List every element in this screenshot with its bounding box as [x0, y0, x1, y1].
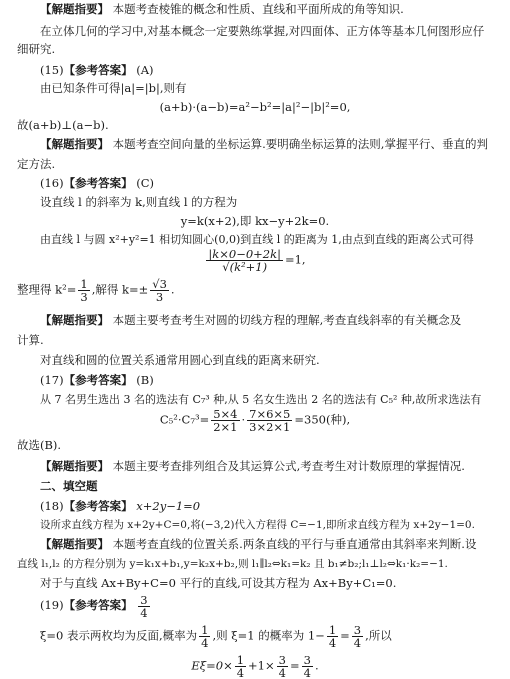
- text: 细研究.: [17, 42, 55, 56]
- equation-text: y=k(x+2),即 kx−y+2k=0.: [181, 214, 329, 228]
- fraction: 34: [352, 624, 363, 649]
- paragraph: 从 7 名男生选出 3 名的选法有 C₇³ 种,从 5 名女生选出 2 名的选法…: [40, 393, 481, 407]
- question-number: (16): [40, 176, 64, 190]
- paragraph: 细研究.: [17, 42, 55, 56]
- fraction: 34: [302, 654, 313, 679]
- text: 设直线 l 的斜率为 k,则直线 l 的方程为: [40, 195, 237, 209]
- answer-label: 【参考答案】: [64, 598, 133, 612]
- fraction: √33: [150, 278, 169, 303]
- paragraph: 整理得 k²=13,解得 k=±√33.: [17, 278, 175, 303]
- text: 从 7 名男生选出 3 名的选法有 C₇³ 种,从 5 名女生选出 2 名的选法…: [40, 393, 481, 406]
- paragraph: 在立体几何的学习中,对基本概念一定要熟练掌握,对四面体、正方体等基本几何图形应仔: [40, 24, 484, 38]
- tip-label: 【解题指要】: [40, 137, 109, 151]
- text: 定方法.: [17, 157, 55, 171]
- paragraph: 设直线 l 的斜率为 k,则直线 l 的方程为: [40, 195, 237, 209]
- text: 本题考查棱锥的概念和性质、直线和平面所成的角等知识.: [113, 2, 404, 16]
- tip-label: 【解题指要】: [40, 2, 109, 16]
- equation-combination: C₅²·C₇³=5×42×1·7×6×53×2×1=350(种),: [0, 408, 510, 433]
- answer-heading-15: (15)【参考答案】 (A): [40, 63, 154, 77]
- text: 故选(B).: [17, 438, 61, 452]
- paragraph: 计算.: [17, 333, 44, 347]
- fraction: 14: [327, 624, 338, 649]
- answer-heading-17: (17)【参考答案】 (B): [40, 373, 154, 387]
- paragraph: 故选(B).: [17, 438, 61, 452]
- paragraph: 对直线和圆的位置关系通常用圆心到直线的距离来研究.: [40, 353, 320, 367]
- paragraph: 设所求直线方程为 x+2y+C=0,将(−3,2)代入方程得 C=−1,即所求直…: [40, 518, 475, 532]
- tip-paragraph-16: 【解题指要】 本题主要考查考生对圆的切线方程的理解,考查直线斜率的有关概念及: [40, 313, 461, 327]
- tip-paragraph-14: 【解题指要】 本题考查棱锥的概念和性质、直线和平面所成的角等知识.: [40, 2, 404, 16]
- text: 本题主要考查考生对圆的切线方程的理解,考查直线斜率的有关概念及: [113, 313, 462, 327]
- fraction: 14: [235, 654, 246, 679]
- fraction: 13: [78, 278, 89, 303]
- paragraph: 由直线 l 与圆 x²+y²=1 相切知圆心(0,0)到直线 l 的距离为 1,…: [40, 233, 474, 247]
- fraction: 5×42×1: [211, 408, 239, 433]
- question-number: (18): [40, 499, 64, 513]
- fraction: |k×0−0+2k|√(k²+1): [206, 248, 283, 273]
- text: 由已知条件可得|a|=|b|,则有: [40, 81, 187, 95]
- text: 设所求直线方程为 x+2y+C=0,将(−3,2)代入方程得 C=−1,即所求直…: [40, 519, 475, 531]
- answer-fraction: 34: [138, 594, 149, 619]
- paragraph: 由已知条件可得|a|=|b|,则有: [40, 81, 187, 95]
- answer-value: (A): [136, 63, 153, 77]
- answer-value: (B): [136, 373, 153, 387]
- text: 本题考查空间向量的坐标运算.要明确坐标运算的法则,掌握平行、垂直的判: [113, 137, 488, 151]
- text: 故(a+b)⊥(a−b).: [17, 118, 109, 132]
- text: 由直线 l 与圆 x²+y²=1 相切知圆心(0,0)到直线 l 的距离为 1,…: [40, 233, 474, 246]
- text: 直线 l₁,l₂ 的方程分别为 y=k₁x+b₁,y=k₂x+b₂,则 l₁∥l…: [17, 558, 448, 570]
- text: 对于与直线 Ax+By+C=0 平行的直线,可设其方程为 Ax+By+C₁=0.: [40, 576, 396, 590]
- question-number: (17): [40, 373, 64, 387]
- answer-value: (C): [136, 176, 154, 190]
- answer-label: 【参考答案】: [64, 63, 133, 77]
- text: 本题主要考查排列组合及其运算公式,考查考生对计数原理的掌握情况.: [113, 459, 465, 473]
- answer-label: 【参考答案】: [64, 499, 133, 513]
- text: 对直线和圆的位置关系通常用圆心到直线的距离来研究.: [40, 353, 320, 367]
- text: 在立体几何的学习中,对基本概念一定要熟练掌握,对四面体、正方体等基本几何图形应仔: [40, 24, 484, 38]
- paragraph: 直线 l₁,l₂ 的方程分别为 y=k₁x+b₁,y=k₂x+b₂,则 l₁∥l…: [17, 557, 448, 571]
- section-heading: 二、填空题: [40, 479, 98, 493]
- tip-paragraph-17: 【解题指要】 本题主要考查排列组合及其运算公式,考查考生对计数原理的掌握情况.: [40, 459, 465, 473]
- equation: y=k(x+2),即 kx−y+2k=0.: [0, 214, 510, 228]
- paragraph: ξ=0 表示两枚均为反面,概率为14,则 ξ=1 的概率为 1−14=34,所以: [40, 624, 392, 649]
- answer-value: x+2y−1=0: [136, 499, 200, 513]
- question-number: (19): [40, 598, 64, 612]
- fraction: 7×6×53×2×1: [247, 408, 292, 433]
- answer-label: 【参考答案】: [64, 176, 133, 190]
- text: 本题考查直线的位置关系.两条直线的平行与垂直通常由其斜率来判断.设: [113, 537, 477, 551]
- answer-label: 【参考答案】: [64, 373, 133, 387]
- tip-label: 【解题指要】: [40, 459, 109, 473]
- question-number: (15): [40, 63, 64, 77]
- equation: (a+b)·(a−b)=a²−b²=|a|²−|b|²=0,: [0, 100, 510, 114]
- tip-label: 【解题指要】: [40, 313, 109, 327]
- tip-paragraph-15: 【解题指要】 本题考查空间向量的坐标运算.要明确坐标运算的法则,掌握平行、垂直的…: [40, 137, 488, 151]
- fraction: 34: [277, 654, 288, 679]
- equation-expectation: Eξ=0×14+1×34=34.: [0, 654, 510, 679]
- answer-heading-18: (18)【参考答案】 x+2y−1=0: [40, 499, 200, 513]
- paragraph: 故(a+b)⊥(a−b).: [17, 118, 109, 132]
- fraction: 14: [199, 624, 210, 649]
- paragraph: 定方法.: [17, 157, 55, 171]
- text: 计算.: [17, 333, 44, 347]
- answer-heading-16: (16)【参考答案】 (C): [40, 176, 154, 190]
- paragraph: 对于与直线 Ax+By+C=0 平行的直线,可设其方程为 Ax+By+C₁=0.: [40, 576, 396, 590]
- answer-heading-19: (19)【参考答案】 34: [40, 590, 152, 620]
- equation-distance: |k×0−0+2k|√(k²+1)=1,: [0, 248, 510, 273]
- tip-label: 【解题指要】: [40, 537, 109, 551]
- tip-paragraph-18: 【解题指要】 本题考查直线的位置关系.两条直线的平行与垂直通常由其斜率来判断.设: [40, 537, 476, 551]
- equation-text: (a+b)·(a−b)=a²−b²=|a|²−|b|²=0,: [160, 100, 351, 114]
